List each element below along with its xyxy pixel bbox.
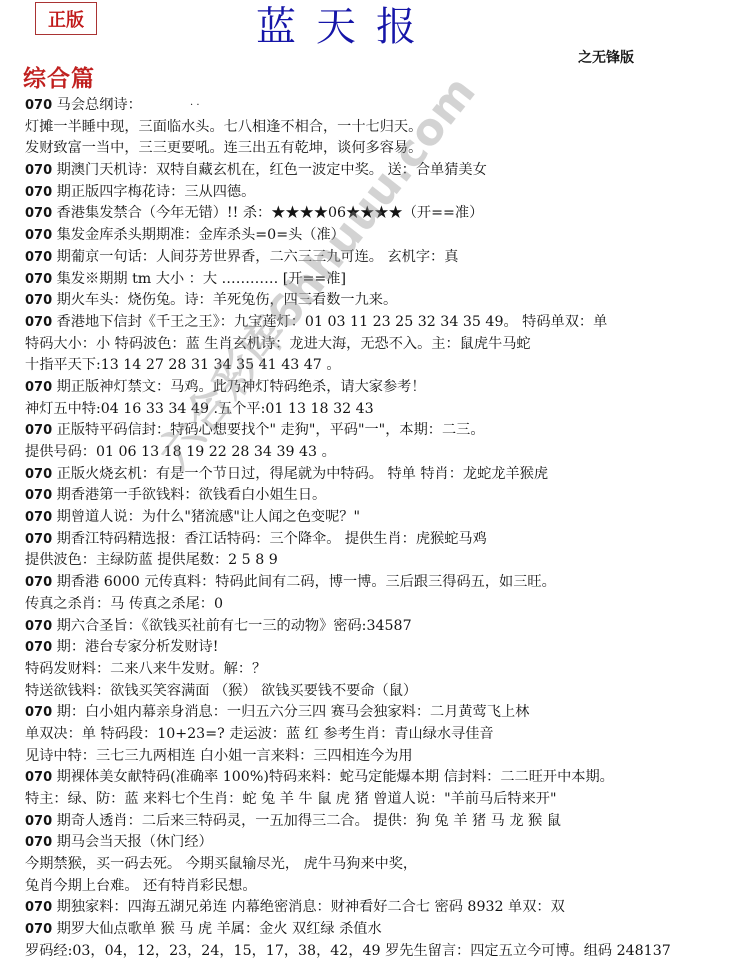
line-text: 期曾道人说：为什么"猪流感"让人闻之色变呢？" [52,509,360,525]
text-line: 070 期火车头：烧伤兔。诗：羊死兔伤，四三看数一九来。 [25,290,745,312]
line-text: 灯摊一半睡中现，三面临水头。七八相逢不相合，一十七归天。 [25,119,422,135]
text-line: 070 马会总纲诗： [25,95,745,117]
issue-number: 070 [25,532,52,547]
line-text: 期澳门天机诗：双特自藏玄机在，红色一波定中奖。 送：合单猜美女 [52,162,487,178]
text-line: 070 期香江特码精选报：香江话特码：三个降伞。 提供生肖：虎猴蛇马鸡 [25,529,745,551]
issue-number: 070 [25,250,52,265]
issue-number: 070 [25,315,52,330]
line-text: 特码发财料：二来八来牛发财。解：？ [25,661,266,677]
issue-number: 070 [25,380,52,395]
edition-subtitle: 之无锋版 [578,47,634,67]
line-text: 期：白小姐内幕亲身消息：一归五六分三四 赛马会独家料：二月黄莺飞上林 [52,704,529,720]
issue-number: 070 [25,163,52,178]
text-line: 提供号码：01 06 13 18 19 22 28 34 39 43 。 [25,442,745,464]
text-line: 传真之杀肖：马 传真之杀尾：0 [25,594,745,616]
line-text: 见诗中特：三七三九两相连 白小姐一言来料：三四相连今为用 [25,748,413,764]
text-line: 今期禁猴，买一码去死。 今期买鼠输尽光， 虎牛马狗来中奖， [25,854,745,876]
line-text: 期香江特码精选报：香江话特码：三个降伞。 提供生肖：虎猴蛇马鸡 [52,531,487,547]
text-line: 罗码经:03，04，12，23，24，15，17，38，42，49 罗先生留言：… [25,941,745,963]
text-line: 070 期正版神灯禁文：马鸡。此乃神灯特码绝杀，请大家参考！ [25,377,745,399]
line-text: 集发金库杀头期期准：金库杀头=0=头（准） [52,227,345,243]
text-line: 070 期独家料：四海五湖兄弟连 内幕绝密消息：财神看好二合七 密码 8932 … [25,897,745,919]
text-line: 070 期香港 6000 元传真料：特码此间有二码，博一博。三后跟三得码五，如三… [25,572,745,594]
text-line: 070 期奇人透肖：二后来三特码灵，一五加得三二合。 提供：狗 兔 羊 猪 马 … [25,811,745,833]
text-line: 单双决：单 特码段：10+23=? 走运波：蓝 红 参考生肖：青山绿水寻佳音 [25,724,745,746]
text-line: 070 正版特平码信封：特码心想要找个" 走狗"，平码"一"，本期：二三。 [25,420,745,442]
text-line: 070 期葡京一句话：人间芬芳世界香，二六三三九可连。 玄机字：真 [25,247,745,269]
issue-number: 070 [25,272,52,287]
issue-number: 070 [25,185,52,200]
issue-number: 070 [25,640,52,655]
issue-number: 070 [25,293,52,308]
line-text: 期香港第一手欲钱料：欲钱看白小姐生日。 [52,487,326,503]
line-text: 十指平天下:13 14 27 28 31 34 35 41 43 47 。 [25,357,341,373]
text-line: 见诗中特：三七三九两相连 白小姐一言来料：三四相连今为用 [25,746,745,768]
line-text: 香港集发禁合（今年无错）!! 杀：★★★★06★★★★（开==准） [52,205,483,221]
line-text: 今期禁猴，买一码去死。 今期买鼠输尽光， 虎牛马狗来中奖， [25,856,417,872]
line-text: 单双决：单 特码段：10+23=? 走运波：蓝 红 参考生肖：青山绿水寻佳音 [25,726,494,742]
text-line: 灯摊一半睡中现，三面临水头。七八相逢不相合，一十七归天。 [25,117,745,139]
text-line: 070 期裸体美女献特码(准确率 100%)特码来料：蛇马定能爆本期 信封料：二… [25,767,745,789]
line-text: 期正版神灯禁文：马鸡。此乃神灯特码绝杀，请大家参考！ [52,379,425,395]
line-text: 期葡京一句话：人间芬芳世界香，二六三三九可连。 玄机字：真 [52,249,458,265]
line-text: 兔肖今期上台难。 还有特肖彩民想。 [25,878,257,894]
text-line: 十指平天下:13 14 27 28 31 34 35 41 43 47 。 [25,355,745,377]
document-body: 070 马会总纲诗：灯摊一半睡中现，三面临水头。七八相逢不相合，一十七归天。发财… [25,95,745,963]
text-line: 070 集发※期期 tm 大小 ：大 ………… [开==准] [25,269,745,291]
issue-number: 070 [25,922,52,937]
text-line: 070 期：白小姐内幕亲身消息：一归五六分三四 赛马会独家料：二月黄莺飞上林 [25,702,745,724]
text-line: 070 期马会当天报（休门经） [25,832,745,854]
issue-number: 070 [25,423,52,438]
issue-number: 070 [25,488,52,503]
text-line: 特送欲钱料：欲钱买笑容满面 （猴） 欲钱买要钱不要命（鼠） [25,681,745,703]
issue-number: 070 [25,228,52,243]
line-text: 神灯五中特:04 16 33 34 49 .五个平:01 13 18 32 43 [25,401,374,417]
text-line: 070 集发金库杀头期期准：金库杀头=0=头（准） [25,225,745,247]
issue-number: 070 [25,575,52,590]
line-text: 期裸体美女献特码(准确率 100%)特码来料：蛇马定能爆本期 信封料：二二旺开中… [52,769,614,785]
line-text: 提供号码：01 06 13 18 19 22 28 34 39 43 。 [25,444,336,460]
issue-number: 070 [25,510,52,525]
line-text: 马会总纲诗： [52,97,142,113]
line-text: 期：港台专家分析发财诗! [52,639,218,655]
line-text: 期火车头：烧伤兔。诗：羊死兔伤，四三看数一九来。 [52,292,397,308]
text-line: 神灯五中特:04 16 33 34 49 .五个平:01 13 18 32 43 [25,399,745,421]
text-line: 特码大小：小 特码波色：蓝 生肖玄机诗：龙进大海，无恐不入。主：鼠虎牛马蛇 [25,334,745,356]
section-heading: 综合篇 [23,60,95,93]
text-line: 070 香港集发禁合（今年无错）!! 杀：★★★★06★★★★（开==准） [25,203,745,225]
line-text: 特送欲钱料：欲钱买笑容满面 （猴） 欲钱买要钱不要命（鼠） [25,683,417,699]
line-text: 香港地下信封《千王之王》：九宝莲灯：01 03 11 23 25 32 34 3… [52,314,607,330]
line-text: 罗码经:03，04，12，23，24，15，17，38，42，49 罗先生留言：… [25,943,671,959]
line-text: 期独家料：四海五湖兄弟连 内幕绝密消息：财神看好二合七 密码 8932 单双：双 [52,899,565,915]
text-line: 特主：绿、防：蓝 来料七个生肖：蛇 兔 羊 牛 鼠 虎 猪 曾道人说："羊前马后… [25,789,745,811]
text-line: 发财致富一当中，三三更要吼。连三出五有乾坤，谈何多容易。 [25,138,745,160]
line-text: 发财致富一当中，三三更要吼。连三出五有乾坤，谈何多容易。 [25,140,422,156]
text-line: 070 正版火烧玄机：有是一个节日过，得尾就为中特码。 特单 特肖：龙蛇龙羊猴虎 [25,464,745,486]
text-line: 070 期六合圣旨：《欲钱买社前有七一三的动物》密码:34587 [25,616,745,638]
text-line: 兔肖今期上台难。 还有特肖彩民想。 [25,876,745,898]
text-line: 特码发财料：二来八来牛发财。解：？ [25,659,745,681]
line-text: 特主：绿、防：蓝 来料七个生肖：蛇 兔 羊 牛 鼠 虎 猪 曾道人说："羊前马后… [25,791,557,807]
issue-number: 070 [25,206,52,221]
issue-number: 070 [25,770,52,785]
issue-number: 070 [25,835,52,850]
issue-number: 070 [25,705,52,720]
issue-number: 070 [25,98,52,113]
line-text: 期奇人透肖：二后来三特码灵，一五加得三二合。 提供：狗 兔 羊 猪 马 龙 猴 … [52,813,561,829]
issue-number: 070 [25,619,52,634]
line-text: 集发※期期 tm 大小 ：大 ………… [开==准] [52,271,346,287]
text-line: 提供波色：主绿防蓝 提供尾数：2 5 8 9 [25,550,745,572]
line-text: 期罗大仙点歌单 猴 马 虎 羊属：金火 双红绿 杀值水 [52,921,382,937]
authentic-badge: 正版 [35,2,97,35]
line-text: 正版火烧玄机：有是一个节日过，得尾就为中特码。 特单 特肖：龙蛇龙羊猴虎 [52,466,548,482]
page-title: 蓝天报 [256,4,466,50]
line-text: 期香港 6000 元传真料：特码此间有二码，博一博。三后跟三得码五，如三旺。 [52,574,556,590]
text-line: 070 期罗大仙点歌单 猴 马 虎 羊属：金火 双红绿 杀值水 [25,919,745,941]
line-text: 传真之杀肖：马 传真之杀尾：0 [25,596,223,612]
line-text: 提供波色：主绿防蓝 提供尾数：2 5 8 9 [25,552,278,568]
issue-number: 070 [25,467,52,482]
text-line: 070 期曾道人说：为什么"猪流感"让人闻之色变呢？" [25,507,745,529]
issue-number: 070 [25,814,52,829]
text-line: 070 香港地下信封《千王之王》：九宝莲灯：01 03 11 23 25 32 … [25,312,745,334]
issue-number: 070 [25,900,52,915]
line-text: 特码大小：小 特码波色：蓝 生肖玄机诗：龙进大海，无恐不入。主：鼠虎牛马蛇 [25,336,531,352]
line-text: 期正版四字梅花诗：三从四德。 [52,184,255,200]
text-line: 070 期：港台专家分析发财诗! [25,637,745,659]
line-text: 期六合圣旨：《欲钱买社前有七一三的动物》密码:34587 [52,618,411,634]
line-text: 期马会当天报（休门经） [52,834,213,850]
text-line: 070 期正版四字梅花诗：三从四德。 [25,182,745,204]
text-line: 070 期香港第一手欲钱料：欲钱看白小姐生日。 [25,485,745,507]
line-text: 正版特平码信封：特码心想要找个" 走狗"，平码"一"，本期：二三。 [52,422,484,438]
text-line: 070 期澳门天机诗：双特自藏玄机在，红色一波定中奖。 送：合单猜美女 [25,160,745,182]
